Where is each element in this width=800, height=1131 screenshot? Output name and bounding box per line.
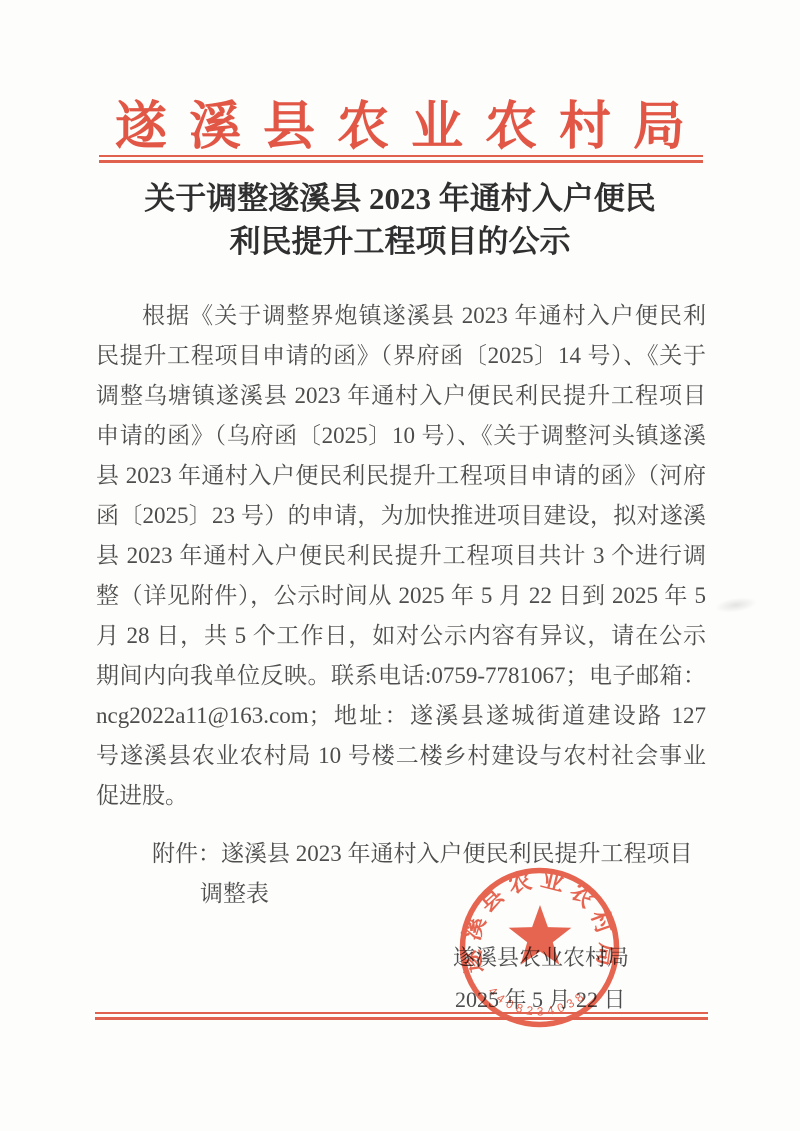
footer-divider [95,1012,708,1020]
body-line: 县 2023 年通村入户便民利民提升工程项目共计 3 个进行调 [96,536,706,576]
document-title-line1: 关于调整遂溪县 2023 年通村入户便民 [144,181,656,216]
body-line: 促进股。 [96,776,706,816]
scanned-official-document: 遂溪县农业农村局 关于调整遂溪县 2023 年通村入户便民 利民提升工程项目的公… [0,0,800,1131]
body-line: 期间内向我单位反映。联系电话:0759-7781067；电子邮箱： [96,656,706,696]
body-line: 民提升工程项目申请的函》（界府函〔2025〕14 号）、《关于 [96,336,706,376]
document-title-line2: 利民提升工程项目的公示 [230,224,571,259]
attachment-continuation-line: 调整表 [96,874,706,914]
body-line: 县 2023 年通村入户便民利民提升工程项目申请的函》（河府 [96,456,706,496]
body-line: 申请的函》（乌府函〔2025〕10 号）、《关于调整河头镇遂溪 [96,416,706,456]
body-line: 函〔2025〕23 号）的申请，为加快推进项目建设，拟对遂溪 [96,496,706,536]
letterhead-divider [99,155,703,163]
body-line: ncg2022a11@163.com；地址：遂溪县遂城街道建设路 127 [96,696,706,736]
document-title: 关于调整遂溪县 2023 年通村入户便民 利民提升工程项目的公示 [0,177,800,263]
body-line: 根据《关于调整界炮镇遂溪县 2023 年通村入户便民利 [96,296,706,336]
body-line: 号遂溪县农业农村局 10 号楼二楼乡村建设与农村社会事业 [96,736,706,776]
body-line: 月 28 日，共 5 个工作日，如对公示内容有异议，请在公示 [96,616,706,656]
signature-org: 遂溪县农业农村局 [453,941,629,972]
body-line: 调整乌塘镇遂溪县 2023 年通村入户便民利民提升工程项目 [96,376,706,416]
attachment-line: 附件：遂溪县 2023 年通村入户便民利民提升工程项目 [96,834,706,874]
signature-date: 2025 年 5 月 22 日 [455,983,626,1014]
scan-smudge [714,595,758,615]
body-line: 整（详见附件），公示时间从 2025 年 5 月 22 日到 2025 年 5 [96,576,706,616]
letterhead-title: 遂溪县农业农村局 [0,84,800,159]
document-body: 根据《关于调整界炮镇遂溪县 2023 年通村入户便民利 民提升工程项目申请的函》… [96,296,706,914]
